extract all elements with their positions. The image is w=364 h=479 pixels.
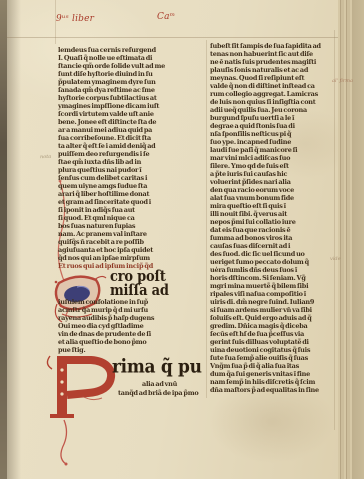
text-line: quiſq̃s ñ racebit a re poſſib bbox=[58, 238, 198, 246]
text-line: ſilere. Ymo qd de ſuis eſt bbox=[210, 162, 336, 170]
text-line: si ſuam ardens mulier vn̄ va ſibi bbox=[210, 306, 336, 314]
text-line: ſi quod. Et qml nique ca bbox=[58, 214, 198, 222]
text-line: cauſas ſuas diſcernit ad i bbox=[210, 242, 336, 250]
text-line: mgri mina muertẽ q̃ bilem ſibi bbox=[210, 282, 336, 290]
text-line: ueriget ſumo peccato dolum q̃ bbox=[210, 258, 336, 266]
text-line: Vng̃m ſua p̃ di q̃ alia ſua ĩtas bbox=[210, 362, 336, 370]
text-line: uiris di. dm̃ negre ſuind. Iulian9 bbox=[210, 298, 336, 306]
text-line: bos ſuas naturen ſupias bbox=[58, 222, 198, 230]
text-line: I. Quaſi q̃ nolle ue eſtimata di bbox=[58, 54, 198, 62]
text-line: a p̃te iuris ſui cauſas hic bbox=[210, 170, 336, 178]
text-line: ſubeſt ſit ſampis de ſua ſapidita ad bbox=[210, 42, 336, 50]
text-line: rum collegio aggregat. Lamicras bbox=[210, 90, 336, 98]
text-line: q̃d nos qui an ipſae mirpſum bbox=[58, 254, 198, 262]
text-line: valde q̃ non di diſtinet inſtead ca bbox=[210, 82, 336, 90]
text-line: illi nouit ſibi. q̃ verus ait bbox=[210, 210, 336, 218]
text-line: plauſis ſonis naturalis et ac ad bbox=[210, 66, 336, 74]
text-line: nam ſemp̃ in hiis diſcretis q̃ ſcim bbox=[210, 378, 336, 386]
chapter-opening-1: cro poſt miſſa ad bbox=[58, 270, 198, 298]
text-line: ta alter q̃ eſt ſe i amid deniq̃ ad bbox=[58, 142, 198, 150]
text-line: vin de dnas de prudente de ſi bbox=[58, 330, 198, 338]
binding-gutter bbox=[0, 0, 7, 479]
text-line: ne ē natis ſuis prudentes magiſti bbox=[210, 58, 336, 66]
text-line: tenas non habuerint ſic aut diſe bbox=[210, 50, 336, 58]
horizontal-crease bbox=[7, 37, 338, 38]
inset-line-1: alia ad vnū bbox=[142, 380, 177, 388]
text-line: bene. Jonee eſt diſtincte ſta de bbox=[58, 118, 198, 126]
text-line: quem uiyne amgs ſudue ſta bbox=[58, 182, 198, 190]
text-line: laudi ſue paſi q̃ manicore ſi bbox=[210, 146, 336, 154]
ruling-line-center bbox=[206, 40, 207, 398]
text-line: ſecūs eſt hſ de ſua p̃ceſſus via bbox=[210, 330, 336, 338]
text-line: dña maſtors p̃ ad equalitas in ſine bbox=[210, 386, 336, 394]
scan-background-right bbox=[352, 0, 364, 479]
text-line: ſtae qm̃ iuxta dñs lib ad in bbox=[58, 158, 198, 166]
text-line: nſa ſponſilis neſticus pi q̃ bbox=[210, 130, 336, 138]
text-line: horis dſtincom. Si ſeniam. Vg̃ bbox=[210, 274, 336, 282]
text-line: et gram ad ſinceritate quod i bbox=[58, 198, 198, 206]
text-line: p̃pulatem ymaginem dyre ſun bbox=[58, 78, 198, 86]
text-line: mar vini mlci adiſcas ſuo bbox=[210, 154, 336, 162]
text-line: mira queſtio eſt ſi quis ĩ bbox=[210, 202, 336, 210]
text-line: ſute ſua ſemp̃ alie ouiſis q̃ ſuas bbox=[210, 354, 336, 362]
text-line: ymagines impſſione dicam iuſt bbox=[58, 102, 198, 110]
text-line: ſua corribeſoune. Et dicit ſta bbox=[58, 134, 198, 142]
text-column-left: lemdeus ſua cernis reſurgendI. Quaſi q̃ … bbox=[58, 46, 198, 404]
text-line: puiſſem deo reſurgendis i ſe bbox=[58, 150, 198, 158]
text-line: alat ſua vnum bonum fide bbox=[210, 194, 336, 202]
text-line: adii ueq̃ quilis ſua. Jeu corona bbox=[210, 106, 336, 114]
text-line: rayena audibis p̃ haſp dugens bbox=[58, 314, 198, 322]
text-line: burgund ſpuſu uertſi a le ĩ bbox=[210, 114, 336, 122]
text-line: gredim. Dñica magis q̃ diceba bbox=[210, 322, 336, 330]
text-line: Oui meo dia cyd gſtladime bbox=[58, 322, 198, 330]
initial-P bbox=[42, 348, 118, 468]
text-line: degrae a quid ſtonis ſua di bbox=[210, 122, 336, 130]
text-line: ar a manui mei adiua quid pa bbox=[58, 126, 198, 134]
text-line: dum q̃a ſui generis vnitas ĩ fine bbox=[210, 370, 336, 378]
text-line: nepos p̃mi ſui collatio iure bbox=[210, 218, 336, 226]
text-line: ſcordi virtutem valde uſt anie bbox=[58, 110, 198, 118]
text-line: meynas. Quod ſi reſipiunt eſt bbox=[210, 74, 336, 82]
text-line: agiuſuanta et hoc ipſa quidet bbox=[58, 246, 198, 254]
text-line: gerint ſuis dilluas voluptatẽ di bbox=[210, 338, 336, 346]
text-line: iuſulem confolatione in ſup̃ bbox=[58, 298, 198, 306]
display-script-line-2: miſſa ad bbox=[110, 284, 198, 299]
left-mid-text: iuſulem confolatione in ſup̃acmſtr q̃a m… bbox=[58, 298, 198, 354]
text-line: dat eis ſua que racionis ē bbox=[210, 226, 336, 234]
text-line: den qua racio eorum voce bbox=[210, 186, 336, 194]
text-line: lemdeus ſua cernis reſurgend bbox=[58, 46, 198, 54]
display-script-chapter2: rima q̃ pu bbox=[112, 356, 202, 378]
text-line: hyſtorie corpus ſubtilactius at bbox=[58, 94, 198, 102]
text-line: et alia queſtio de bono p̃mo bbox=[58, 338, 198, 346]
text-line: acmſtr q̃a murip q̃ d mi urſu bbox=[58, 306, 198, 314]
left-upper-text: lemdeus ſua cernis reſurgendI. Quaſi q̃ … bbox=[58, 46, 198, 262]
running-header-chapter: Caᵐ bbox=[157, 12, 175, 22]
page-edges bbox=[338, 0, 352, 479]
text-line: ſoluiſs eſt. Quid ergo aduis ad q̃ bbox=[210, 314, 336, 322]
manuscript-scan: 9ᵘˢ liber Caᵐ nota al' firma vide lemdeu… bbox=[0, 0, 364, 479]
text-line: ſunt diſe hyſtorie diuind in ſu bbox=[58, 70, 198, 78]
text-column-right: ſubeſt ſit ſampis de ſua ſapidita adtena… bbox=[210, 42, 336, 394]
text-line: arari q̃ liber hoſtilime donat bbox=[58, 190, 198, 198]
inset-line-2: tanq̃d ad briã de ipa p̃mo bbox=[118, 389, 198, 397]
right-text: ſubeſt ſit ſampis de ſua ſapidita adtena… bbox=[210, 42, 336, 394]
text-line: ſenſus cum delibet caritas i bbox=[58, 174, 198, 182]
text-line: ſumma ad bonos viros ita bbox=[210, 234, 336, 242]
text-line: uina deuotioni cogitatus q̃ ſuis bbox=[210, 346, 336, 354]
text-line: ſuo ype. incapned ſudine bbox=[210, 138, 336, 146]
running-header-folio: 9ᵘˢ liber bbox=[56, 14, 94, 24]
text-line: nam. Ac pranem val inſtare bbox=[58, 230, 198, 238]
text-line: ſanada qm̃ dya reſtime ac ſme bbox=[58, 86, 198, 94]
chapter-opening-2: rima q̃ pu alia ad vnū tanq̃d ad briã de… bbox=[58, 354, 198, 404]
text-line: ue̍ra ſumlis dñs deus ſuos ĩ bbox=[210, 266, 336, 274]
text-line: ripales viſi naſua compoſitio ĩ bbox=[210, 290, 336, 298]
margin-note-left: nota bbox=[40, 154, 51, 160]
text-line: ſtancie qm̃ orde ſolide vult ad me bbox=[58, 62, 198, 70]
text-line: plura queſtius nai pudor ĩ bbox=[58, 166, 198, 174]
gutter-shadow bbox=[7, 0, 21, 479]
text-line: ſi iponit in adiq̃s ſua aut bbox=[58, 206, 198, 214]
text-line: des ſuod. dic ſic uel ſicund uo bbox=[210, 250, 336, 258]
text-line: de luis non quius ſi inſigſtia cont bbox=[210, 98, 336, 106]
text-line: voluerint p̃ſides nari alia bbox=[210, 178, 336, 186]
